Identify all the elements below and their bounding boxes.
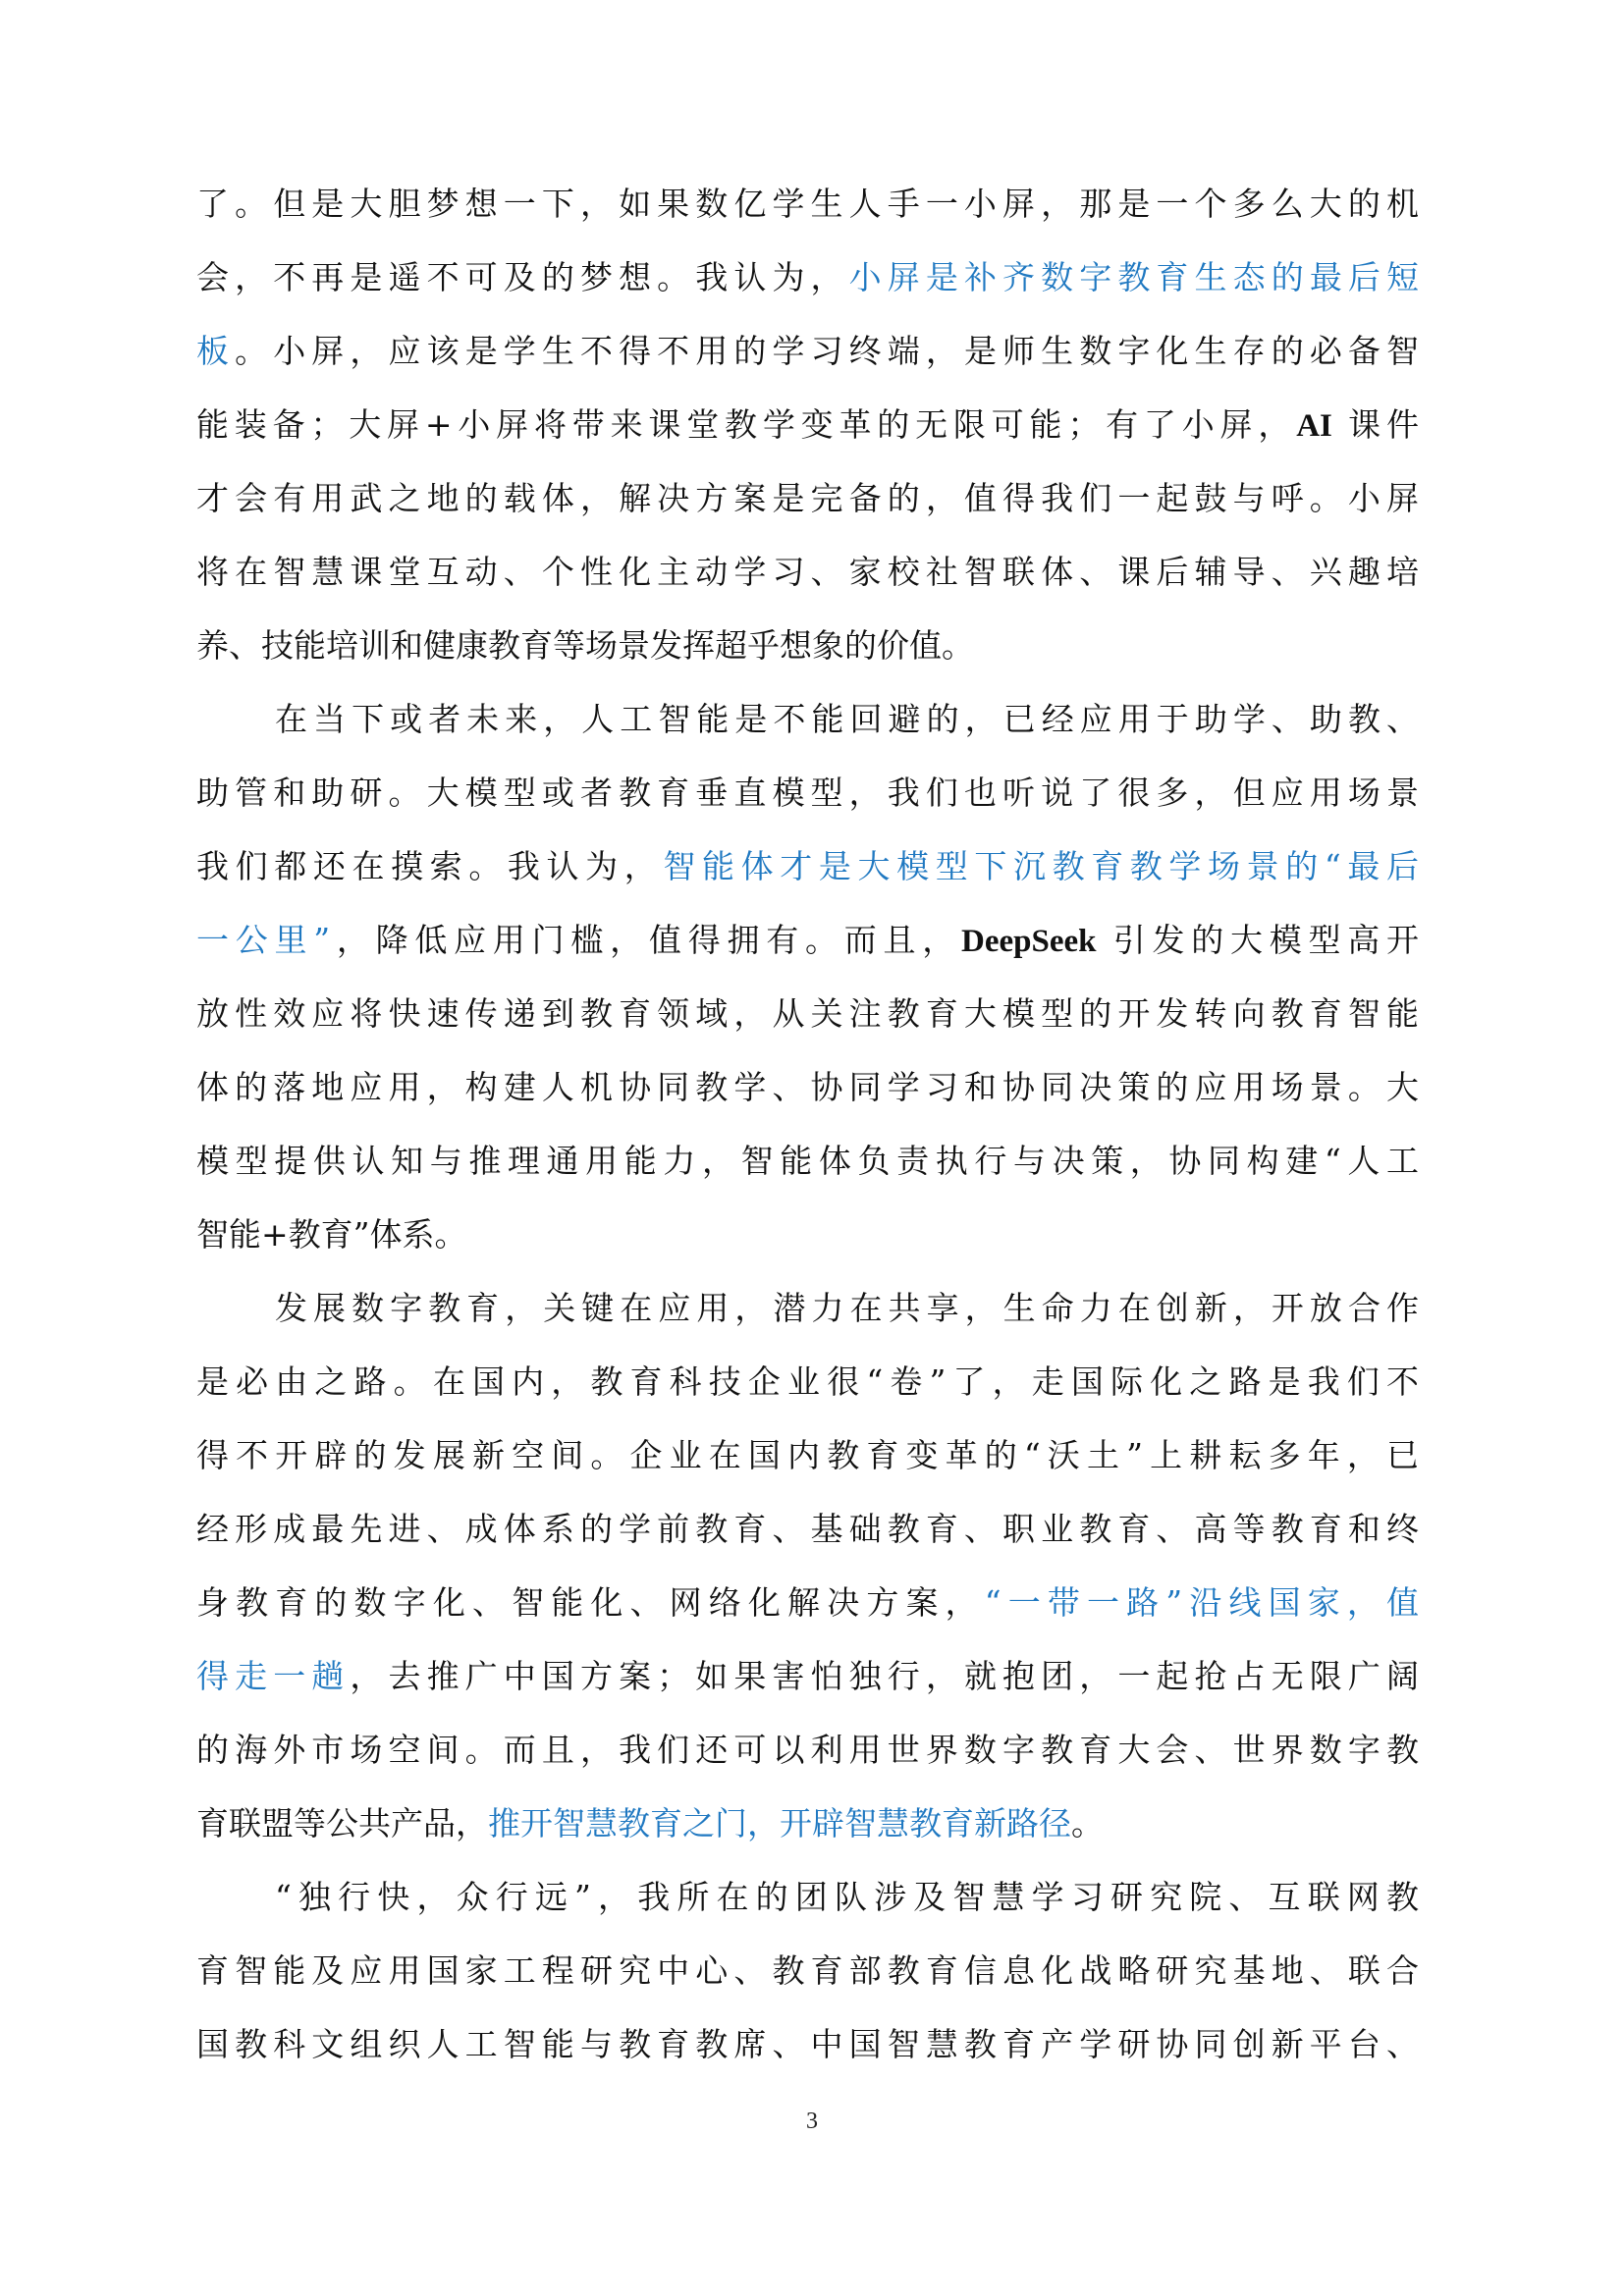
body-text-span: 经形成最先进、成体系的学前教育、基础教育、职业教育、高等教育和终 (196, 1510, 1419, 1548)
paragraph-3-line: 是必由之路。在国内，教育科技企业很“卷”了，走国际化之路是我们不 (196, 1345, 1419, 1418)
body-text-span: 引发的大模型高开 (1096, 921, 1419, 959)
body-text-span: 养、技能培训和健康教育等场景发挥超乎想象的价值。 (196, 626, 974, 665)
highlighted-text: 小屏是补齐数字教育生态的最后短 (849, 258, 1419, 296)
body-text-span: 得不开辟的发展新空间。企业在国内教育变革的“沃土”上耕耘多年，已 (196, 1436, 1419, 1474)
body-text-span: 育智能及应用国家工程研究中心、教育部教育信息化战略研究基地、联合 (196, 1951, 1419, 1990)
paragraph-3-line: 发展数字教育，关键在应用，潜力在共享，生命力在创新，开放合作 (196, 1271, 1419, 1345)
paragraph-3-line: 得不开辟的发展新空间。企业在国内教育变革的“沃土”上耕耘多年，已 (196, 1418, 1419, 1492)
body-text-span: 国教科文组织人工智能与教育教席、中国智慧教育产学研协同创新平台、 (196, 2025, 1419, 2063)
body-text-span: 将在智慧课堂互动、个性化主动学习、家校社智联体、课后辅导、兴趣培 (196, 553, 1419, 591)
highlighted-text: 一公里” (196, 921, 330, 959)
paragraph-1-line: 将在智慧课堂互动、个性化主动学习、家校社智联体、课后辅导、兴趣培 (196, 535, 1419, 609)
paragraph-1-line: 养、技能培训和健康教育等场景发挥超乎想象的价值。 (196, 609, 1419, 682)
body-text-span: 。 (1071, 1804, 1104, 1842)
paragraph-2-line: 放性效应将快速传递到教育领域，从关注教育大模型的开发转向教育智能 (196, 977, 1419, 1050)
paragraph-1-line: 才会有用武之地的载体，解决方案是完备的，值得我们一起鼓与呼。小屏 (196, 461, 1419, 535)
highlighted-text: 板 (196, 332, 235, 370)
paragraph-3-line: 得走一趟，去推广中国方案；如果害怕独行，就抱团，一起抢占无限广阔 (196, 1639, 1419, 1713)
paragraph-4-line: “独行快，众行远”，我所在的团队涉及智慧学习研究院、互联网教 (196, 1860, 1419, 1934)
paragraph-2-line: 模型提供认知与推理通用能力，智能体负责执行与决策，协同构建“人工 (196, 1124, 1419, 1198)
paragraph-3-line: 育联盟等公共产品，推开智慧教育之门，开辟智慧教育新路径。 (196, 1787, 1419, 1860)
body-text-span: 会，不再是遥不可及的梦想。我认为， (196, 258, 849, 296)
highlighted-text: 推开智慧教育之门，开辟智慧教育新路径 (488, 1804, 1071, 1842)
body-text-span: 放性效应将快速传递到教育领域，从关注教育大模型的开发转向教育智能 (196, 994, 1419, 1033)
body-text-span: 育联盟等公共产品， (196, 1804, 488, 1842)
body-text-span: 身教育的数字化、智能化、网络化解决方案， (196, 1583, 985, 1622)
paragraph-1-line: 了。但是大胆梦想一下，如果数亿学生人手一小屏，那是一个多么大的机 (196, 167, 1419, 240)
document-page: 了。但是大胆梦想一下，如果数亿学生人手一小屏，那是一个多么大的机会，不再是遥不可… (0, 0, 1624, 2296)
body-text-span: 才会有用武之地的载体，解决方案是完备的，值得我们一起鼓与呼。小屏 (196, 479, 1419, 517)
body-text-span: 模型提供认知与推理通用能力，智能体负责执行与决策，协同构建“人工 (196, 1142, 1419, 1180)
page-number: 3 (0, 2109, 1624, 2135)
body-text-span: 。小屏，应该是学生不得不用的学习终端，是师生数字化生存的必备智 (235, 332, 1419, 370)
body-text-span: 能装备；大屏+小屏将带来课堂教学变革的无限可能；有了小屏， (196, 405, 1296, 444)
body-text-span: 助管和助研。大模型或者教育垂直模型，我们也听说了很多，但应用场景 (196, 774, 1419, 812)
body-text-span: AI (1296, 408, 1332, 444)
body-text-span: ，降低应用门槛，值得拥有。而且， (330, 921, 961, 959)
paragraph-2-line: 助管和助研。大模型或者教育垂直模型，我们也听说了很多，但应用场景 (196, 756, 1419, 829)
body-text-span: 我们都还在摸索。我认为， (196, 847, 663, 885)
highlighted-text: 得走一趟 (196, 1657, 350, 1695)
paragraph-2-line: 在当下或者未来，人工智能是不能回避的，已经应用于助学、助教、 (196, 682, 1419, 756)
body-text-span: 是必由之路。在国内，教育科技企业很“卷”了，走国际化之路是我们不 (196, 1362, 1419, 1401)
paragraph-2-line: 智能+教育”体系。 (196, 1198, 1419, 1271)
body-text-span: 发展数字教育，关键在应用，潜力在共享，生命力在创新，开放合作 (275, 1289, 1419, 1327)
body-text-span: DeepSeek (961, 924, 1096, 959)
body-text-span: 的海外市场空间。而且，我们还可以利用世界数字教育大会、世界数字教 (196, 1731, 1419, 1769)
paragraph-4-line: 育智能及应用国家工程研究中心、教育部教育信息化战略研究基地、联合 (196, 1934, 1419, 2007)
paragraph-2-line: 我们都还在摸索。我认为，智能体才是大模型下沉教育教学场景的“最后 (196, 829, 1419, 903)
paragraph-3-line: 身教育的数字化、智能化、网络化解决方案，“一带一路”沿线国家，值 (196, 1566, 1419, 1639)
paragraph-1-line: 能装备；大屏+小屏将带来课堂教学变革的无限可能；有了小屏，AI 课件 (196, 388, 1419, 461)
paragraph-1-line: 会，不再是遥不可及的梦想。我认为，小屏是补齐数字教育生态的最后短 (196, 240, 1419, 314)
paragraph-2-line: 体的落地应用，构建人机协同教学、协同学习和协同决策的应用场景。大 (196, 1050, 1419, 1124)
body-text-span: 智能+教育”体系。 (196, 1215, 467, 1254)
highlighted-text: 智能体才是大模型下沉教育教学场景的“最后 (663, 847, 1419, 885)
body-text-span: “独行快，众行远”，我所在的团队涉及智慧学习研究院、互联网教 (275, 1878, 1419, 1916)
body-text-span: 课件 (1332, 405, 1419, 444)
paragraph-4-line: 国教科文组织人工智能与教育教席、中国智慧教育产学研协同创新平台、 (196, 2007, 1419, 2081)
paragraph-3-line: 经形成最先进、成体系的学前教育、基础教育、职业教育、高等教育和终 (196, 1492, 1419, 1566)
paragraph-1-line: 板。小屏，应该是学生不得不用的学习终端，是师生数字化生存的必备智 (196, 314, 1419, 388)
body-text-span: 了。但是大胆梦想一下，如果数亿学生人手一小屏，那是一个多么大的机 (196, 185, 1419, 223)
body-text-span: ，去推广中国方案；如果害怕独行，就抱团，一起抢占无限广阔 (350, 1657, 1419, 1695)
body-text-span: 体的落地应用，构建人机协同教学、协同学习和协同决策的应用场景。大 (196, 1068, 1419, 1106)
body-text-span: 在当下或者未来，人工智能是不能回避的，已经应用于助学、助教、 (275, 700, 1419, 738)
paragraph-3-line: 的海外市场空间。而且，我们还可以利用世界数字教育大会、世界数字教 (196, 1713, 1419, 1787)
highlighted-text: “一带一路”沿线国家，值 (985, 1583, 1419, 1622)
paragraph-2-line: 一公里”，降低应用门槛，值得拥有。而且，DeepSeek 引发的大模型高开 (196, 903, 1419, 977)
